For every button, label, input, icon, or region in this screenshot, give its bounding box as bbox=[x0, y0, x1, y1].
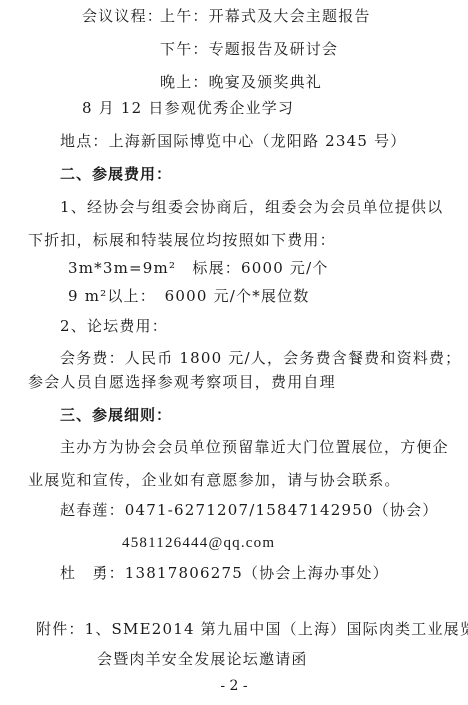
attachment-line1: 附件：1、SME2014 第九届中国（上海）国际肉类工业展览 bbox=[36, 619, 468, 639]
fee-item1-line2: 下折扣，标展和特装展位均按照如下费用： bbox=[28, 230, 336, 250]
rules-body-line2: 业展览和宣传，企业如有意愿参加，请与协会联系。 bbox=[28, 470, 401, 490]
contact-zhao: 赵春莲：0471-6271207/15847142950（协会） bbox=[60, 500, 438, 520]
agenda-morning: 上午：开幕式及大会主题报告 bbox=[160, 6, 371, 26]
visit-line: 8 月 12 日参观优秀企业学习 bbox=[82, 98, 294, 118]
section-heading-rules: 三、参展细则： bbox=[60, 405, 172, 425]
attachment-line2: 会暨肉羊安全发展论坛邀请函 bbox=[97, 649, 308, 669]
fee-item2: 2、论坛费用： bbox=[60, 316, 168, 336]
large-booth-fee: 9 m²以上： 6000 元/个*展位数 bbox=[68, 286, 310, 306]
contact-zhao-email: 4581126444@qq.com bbox=[122, 533, 275, 553]
standard-booth-fee: 3m*3m=9m² 标展：6000 元/个 bbox=[68, 258, 329, 278]
agenda-afternoon: 下午：专题报告及研讨会 bbox=[160, 39, 338, 59]
forum-fee-line1: 会务费：人民币 1800 元/人，会务费含餐费和资料费； bbox=[60, 348, 461, 368]
contact-du: 杜 勇：13817806275（协会上海办事处） bbox=[60, 563, 389, 583]
fee-item1-line1: 1、经协会与组委会协商后，组委会为会员单位提供以 bbox=[60, 197, 443, 217]
agenda-label: 会议议程： bbox=[82, 6, 163, 26]
rules-body-line1: 主办方为协会会员单位预留靠近大门位置展位，方便企 bbox=[60, 437, 449, 457]
venue-line: 地点：上海新国际博览中心（龙阳路 2345 号） bbox=[60, 131, 407, 151]
section-heading-fees: 二、参展费用： bbox=[60, 164, 172, 184]
agenda-evening: 晚上：晚宴及颁奖典礼 bbox=[160, 72, 322, 92]
page-number: - 2 - bbox=[0, 678, 468, 694]
forum-fee-line2: 参会人员自愿选择参观考察项目，费用自理 bbox=[28, 372, 336, 392]
